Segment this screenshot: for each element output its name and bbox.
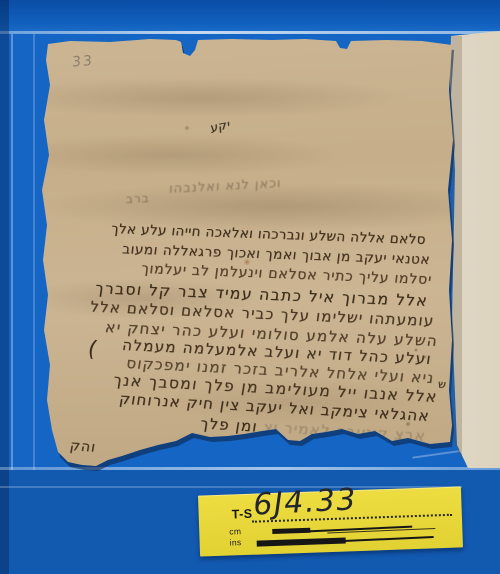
cm-unit-label: cm: [229, 526, 241, 536]
faded-text-line: וכאן לנא ואלנבהו: [169, 176, 282, 197]
ins-scale-bar: [257, 537, 346, 546]
ins-unit-label: ins: [229, 537, 241, 547]
parenthesis-flourish: (: [85, 336, 99, 362]
sleeve-left-highlight-inner: [33, 34, 35, 470]
classmark-number: 6J4.33: [252, 482, 357, 522]
cm-scale-bar: [272, 528, 310, 534]
sleeve-top-highlight: [0, 31, 500, 34]
ink-notation: יקע: [210, 117, 231, 135]
ins-scale-line: [344, 536, 434, 542]
sleeve-left-highlight: [11, 34, 13, 470]
genizah-fragment-photo: 33 יקע וכאן לנא ואלנבהו ברב סלאם אללה הש…: [0, 0, 500, 574]
sleeve-bottom-highlight-inner: [0, 486, 462, 488]
text-line-11-clear: ומן פלך: [199, 414, 259, 435]
pencil-foliation-number: 33: [72, 53, 94, 71]
sleeve-top-edge: [0, 0, 500, 33]
insertion-mark: ש: [438, 378, 446, 391]
torn-line-remnant: והק: [69, 438, 98, 456]
faded-text-line: ברב: [126, 191, 150, 206]
classmark-series: T-S: [231, 507, 252, 522]
classmark-label: T-S 6J4.33 cm ins: [198, 486, 463, 556]
